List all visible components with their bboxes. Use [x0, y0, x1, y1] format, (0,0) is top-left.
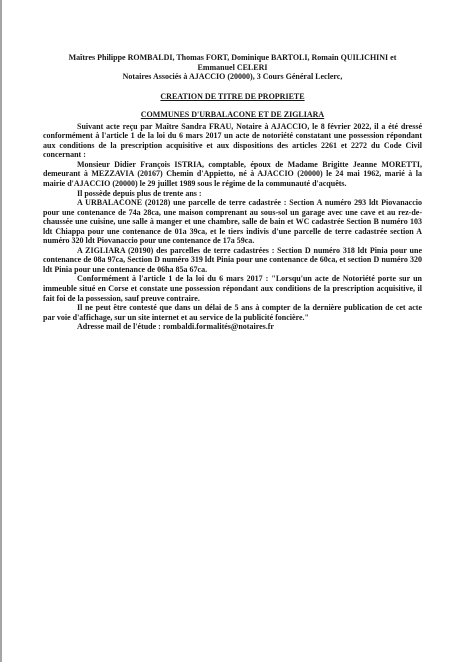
document-subtitle: COMMUNES D'URBALACONE ET DE ZIGLIARA	[43, 110, 422, 120]
notary-names-line-1: Maîtres Philippe ROMBALDI, Thomas FORT, …	[43, 53, 422, 63]
notary-address-line: Notaires Associés à AJACCIO (20000), 3 C…	[43, 72, 422, 82]
page-left-edge-line	[0, 0, 2, 662]
body-paragraph-owner-identity: Monsieur Didier François ISTRIA, comptab…	[43, 160, 422, 189]
notary-header: Maîtres Philippe ROMBALDI, Thomas FORT, …	[43, 53, 422, 82]
body-paragraph-email: Adresse mail de l'étude : rombaldi.forma…	[43, 322, 422, 332]
body-paragraph-act-intro: Suivant acte reçu par Maître Sandra FRAU…	[43, 122, 422, 160]
document-title: CREATION DE TITRE DE PROPRIETE	[43, 92, 422, 102]
body-paragraph-contest-delay: Il ne peut être contesté que dans un dél…	[43, 303, 422, 322]
body-paragraph-possession-intro: Il possède depuis plus de trente ans :	[43, 189, 422, 199]
document-page: Maîtres Philippe ROMBALDI, Thomas FORT, …	[0, 0, 464, 662]
body-paragraph-law-quote: Conformément à l'article 1 de la loi du …	[43, 274, 422, 303]
body-paragraph-urbalacone-parcels: A URBALACONE (20128) une parcelle de ter…	[43, 198, 422, 246]
body-paragraph-zigliara-parcels: A ZIGLIARA (20190) des parcelles de terr…	[43, 246, 422, 275]
notary-names-line-2: Emmanuel CELERI	[43, 63, 422, 73]
document-content: Maîtres Philippe ROMBALDI, Thomas FORT, …	[43, 53, 422, 332]
document-body: Suivant acte reçu par Maître Sandra FRAU…	[43, 122, 422, 332]
